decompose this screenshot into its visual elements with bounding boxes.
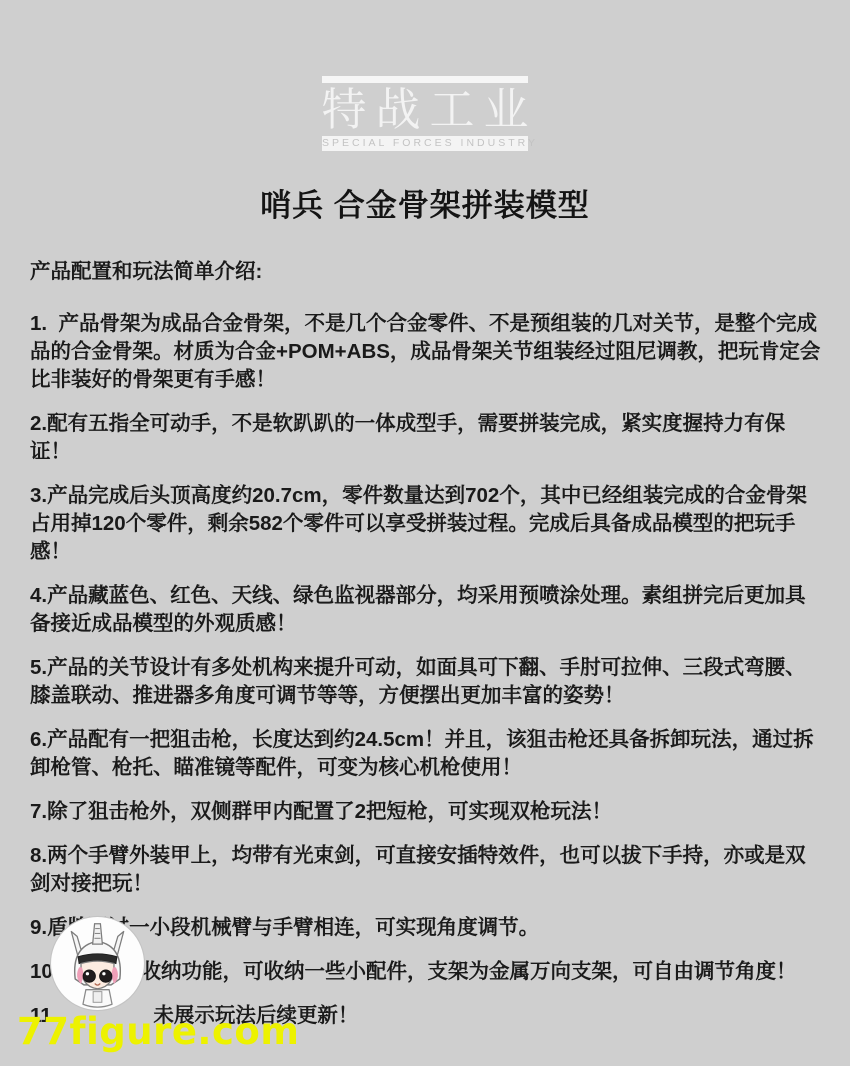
page-title: 哨兵 合金骨架拼装模型 bbox=[0, 188, 850, 224]
product-point-10: 10.地台带有收纳功能，可收纳一些小配件，支架为金属万向支架，可自由调节角度！ bbox=[30, 958, 822, 986]
product-point-7: 7.除了狙击枪外，双侧群甲内配置了2把短枪，可实现双枪玩法！ bbox=[30, 798, 822, 826]
brand-logo-chinese: 特战工业 bbox=[312, 84, 537, 136]
logo-top-bar bbox=[322, 76, 528, 83]
product-point-4: 4.产品藏蓝色、红色、天线、绿色监视器部分，均采用预喷涂处理。素组拼完后更加具备… bbox=[30, 582, 822, 638]
product-point-3: 3.产品完成后头顶高度约20.7cm，零件数量达到702个，其中已经组装完成的合… bbox=[30, 482, 822, 566]
product-point-8: 8.两个手臂外装甲上，均带有光束剑，可直接安插特效件，也可以拔下手持，亦或是双剑… bbox=[30, 842, 822, 898]
product-description-body: 产品配置和玩法简单介绍: 1. 产品骨架为成品合金骨架，不是几个合金零件、不是预… bbox=[30, 258, 822, 1046]
product-point-2: 2.配有五指全可动手，不是软趴趴的一体成型手，需要拼装完成，紧实度握持力有保证！ bbox=[30, 410, 822, 466]
watermark-text: 77figure.com bbox=[17, 1012, 299, 1052]
intro-line: 产品配置和玩法简单介绍: bbox=[30, 258, 822, 286]
product-point-9: 9.盾牌通过一小段机械臂与手臂相连，可实现角度调节。 bbox=[30, 914, 822, 942]
mascot-avatar bbox=[49, 915, 146, 1012]
brand-logo: 特战工业 SPECIAL FORCES INDUSTRY bbox=[0, 76, 850, 151]
brand-logo-english: SPECIAL FORCES INDUSTRY bbox=[322, 136, 528, 151]
product-point-5: 5.产品的关节设计有多处机构来提升可动，如面具可下翻、手肘可拉伸、三段式弯腰、膝… bbox=[30, 654, 822, 710]
product-point-6: 6.产品配有一把狙击枪，长度达到约24.5cm！并且，该狙击枪还具备拆卸玩法，通… bbox=[30, 726, 822, 782]
chibi-robot-mascot-icon bbox=[49, 915, 146, 1012]
product-point-1: 1. 产品骨架为成品合金骨架，不是几个合金零件、不是预组装的几对关节，是整个完成… bbox=[30, 310, 822, 394]
product-description-page: 特战工业 SPECIAL FORCES INDUSTRY 哨兵 合金骨架拼装模型… bbox=[0, 0, 850, 1066]
